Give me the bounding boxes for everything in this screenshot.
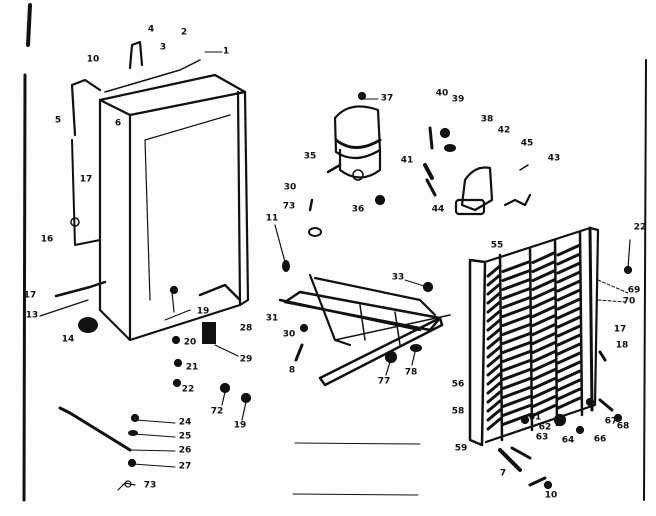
part-label-30b: 30 xyxy=(283,331,296,340)
part-label-43: 43 xyxy=(548,155,561,164)
part-label-1: 1 xyxy=(223,48,229,57)
base-frame xyxy=(280,275,450,385)
scan-edge-right xyxy=(644,60,646,500)
part-label-10: 10 xyxy=(87,56,100,65)
part-label-38: 38 xyxy=(481,116,494,125)
part-label-63: 63 xyxy=(536,434,549,443)
part-label-27: 27 xyxy=(179,463,192,472)
part-label-10b: 10 xyxy=(545,492,558,501)
part-label-67: 67 xyxy=(605,418,618,427)
part-label-25: 25 xyxy=(179,433,192,442)
part-label-58: 58 xyxy=(452,408,465,417)
tubing xyxy=(72,80,100,135)
part-label-62: 62 xyxy=(539,424,552,433)
part-label-69: 69 xyxy=(628,287,641,296)
part-label-22a: 22 xyxy=(182,386,195,395)
part-label-26: 26 xyxy=(179,447,192,456)
part-label-40: 40 xyxy=(436,90,449,99)
part-label-24: 24 xyxy=(179,419,192,428)
part-label-31: 31 xyxy=(266,315,279,324)
part-label-37: 37 xyxy=(381,95,394,104)
part-label-66: 66 xyxy=(594,436,607,445)
part-label-44: 44 xyxy=(432,206,445,215)
part-label-35: 35 xyxy=(304,153,317,162)
part-label-41: 41 xyxy=(401,157,414,166)
diagram-artwork xyxy=(0,0,656,516)
part-label-59: 59 xyxy=(455,445,468,454)
part-label-39: 39 xyxy=(452,96,465,105)
part-label-73a: 73 xyxy=(144,482,157,491)
cabinet xyxy=(100,75,248,340)
part-label-68: 68 xyxy=(617,423,630,432)
part-label-11: 11 xyxy=(266,215,279,224)
part-label-30a: 30 xyxy=(284,184,297,193)
part-label-61: 61 xyxy=(529,414,542,423)
part-label-16: 16 xyxy=(41,236,54,245)
part-label-64: 64 xyxy=(562,437,575,446)
condenser xyxy=(470,228,631,445)
part-label-19a: 19 xyxy=(197,308,210,317)
parts-diagram: 1234561016171713141920212228297219242526… xyxy=(0,0,656,516)
part-label-73b: 73 xyxy=(283,203,296,212)
part-label-17a: 17 xyxy=(80,176,93,185)
part-label-8: 8 xyxy=(289,367,295,376)
part-label-20: 20 xyxy=(184,339,197,348)
part-label-42: 42 xyxy=(498,127,511,136)
part-label-5: 5 xyxy=(55,117,61,126)
part-label-70: 70 xyxy=(623,298,636,307)
part-label-29: 29 xyxy=(240,356,253,365)
part-label-17b: 17 xyxy=(24,292,37,301)
part-label-28: 28 xyxy=(240,325,253,334)
part-label-3: 3 xyxy=(160,44,166,53)
part-label-56: 56 xyxy=(452,381,465,390)
relay-parts xyxy=(425,128,530,214)
part-label-55: 55 xyxy=(491,242,504,251)
part-label-45: 45 xyxy=(521,140,534,149)
blank-line-2 xyxy=(293,494,418,495)
part-label-22b: 22 xyxy=(634,224,647,233)
part-label-17c: 17 xyxy=(614,326,627,335)
scan-edge-left xyxy=(24,75,25,500)
part-label-77: 77 xyxy=(378,378,391,387)
part-label-7: 7 xyxy=(500,470,506,479)
part-label-19b: 19 xyxy=(234,422,247,431)
part-label-2: 2 xyxy=(181,29,187,38)
part-label-36: 36 xyxy=(352,206,365,215)
part-label-6: 6 xyxy=(115,120,121,129)
part-label-13: 13 xyxy=(26,312,39,321)
part-label-72: 72 xyxy=(211,408,224,417)
part-label-33: 33 xyxy=(392,274,405,283)
part-label-21: 21 xyxy=(186,364,199,373)
compressor xyxy=(328,93,380,180)
part-label-18: 18 xyxy=(616,342,629,351)
part-label-4: 4 xyxy=(148,26,154,35)
blank-line-1 xyxy=(295,443,420,444)
part-label-78: 78 xyxy=(405,369,418,378)
part-label-14: 14 xyxy=(62,336,75,345)
scan-edge-mark xyxy=(28,5,30,45)
